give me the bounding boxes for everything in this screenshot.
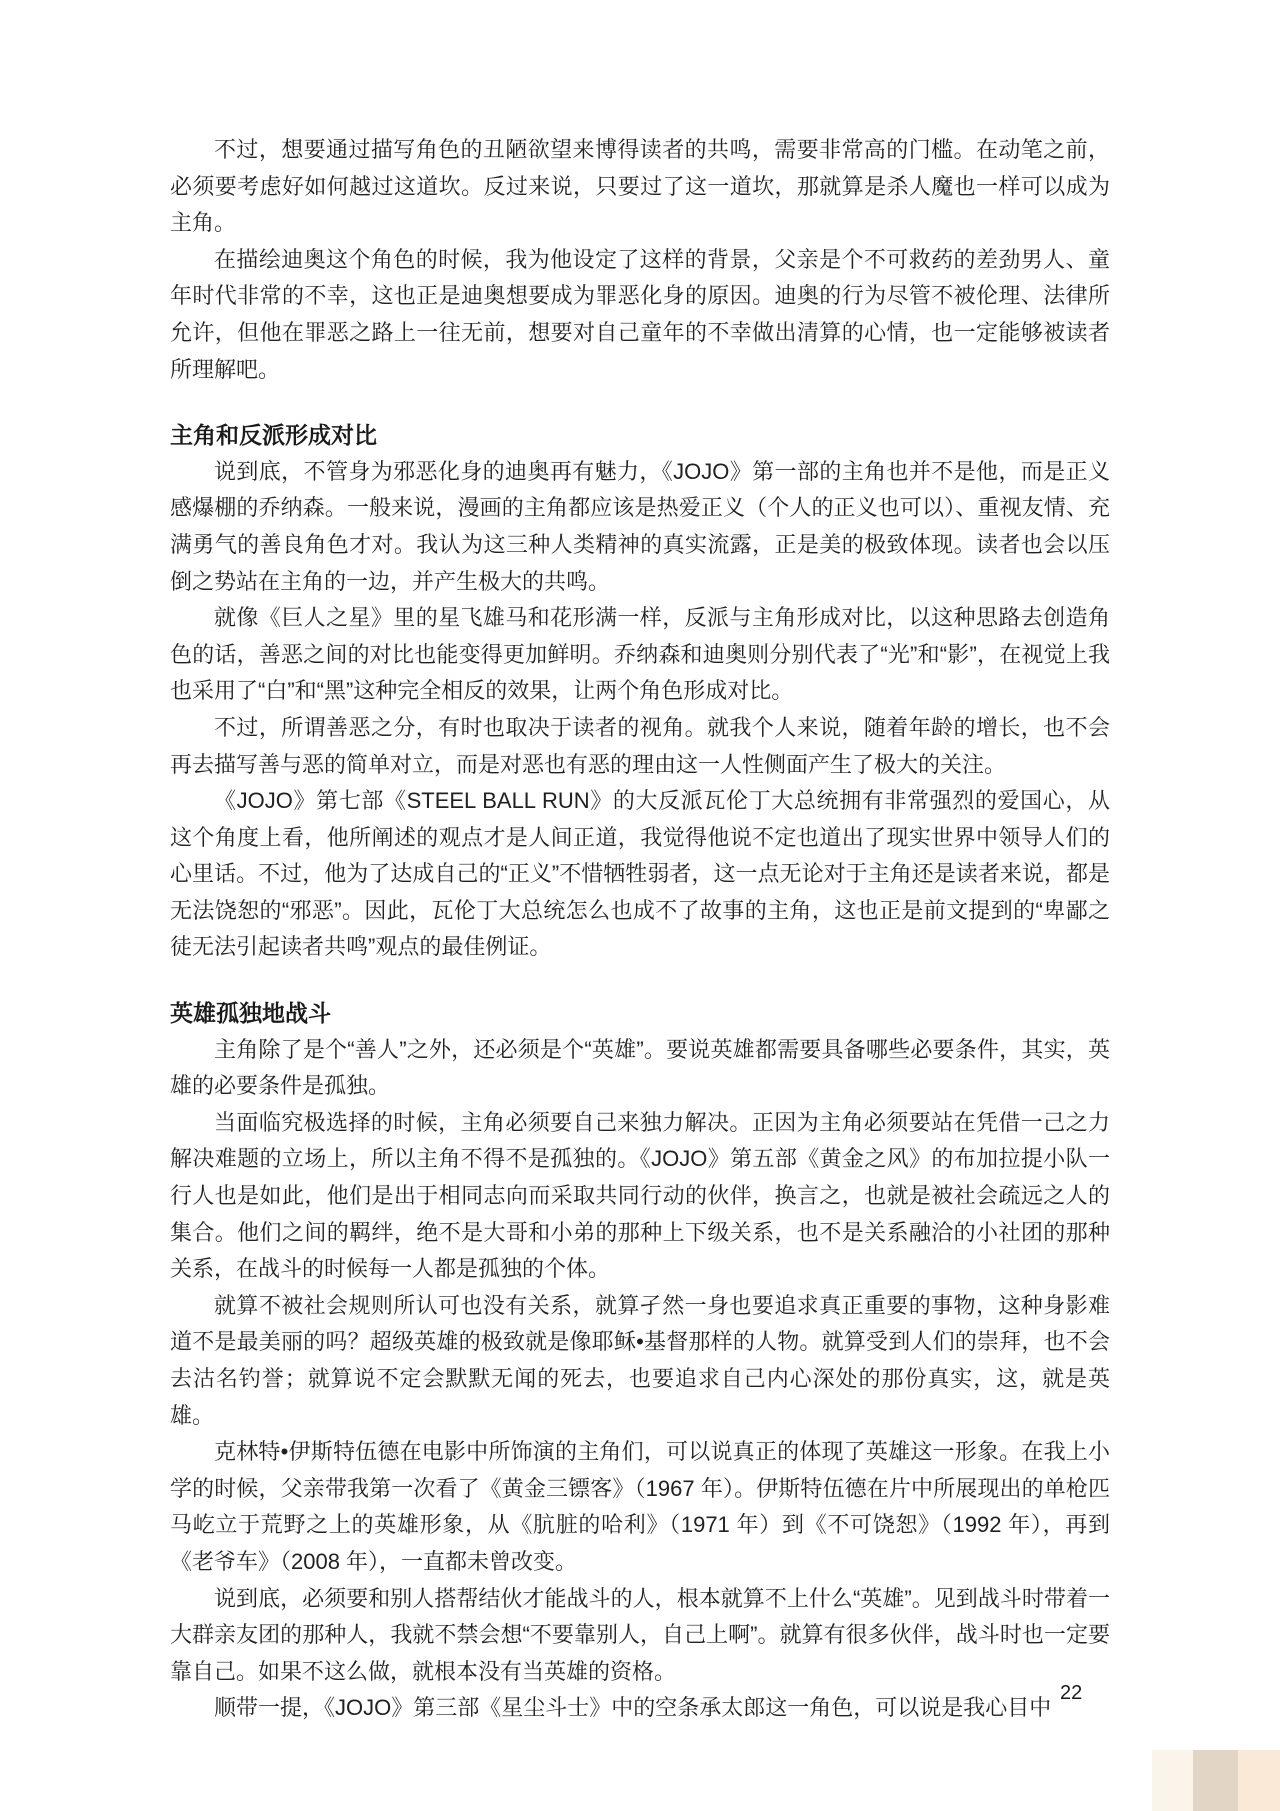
decor-stripe-peach [1238, 1750, 1280, 1811]
book-page: 不过，想要通过描写角色的丑陋欲望来博得读者的共鸣，需要非常高的门槛。在动笔之前，… [0, 0, 1280, 1811]
intro-paragraph-2: 在描绘迪奥这个角色的时候，我为他设定了这样的背景，父亲是个不可救药的差劲男人、童… [170, 242, 1110, 388]
text-column: 不过，想要通过描写角色的丑陋欲望来博得读者的共鸣，需要非常高的门槛。在动笔之前，… [170, 132, 1110, 1727]
corner-decoration [1152, 1750, 1280, 1811]
decor-stripe-tan [1193, 1750, 1238, 1811]
section1-paragraph-2: 就像《巨人之星》里的星飞雄马和花形满一样，反派与主角形成对比，以这种思路去创造角… [170, 600, 1110, 710]
section2-paragraph-4: 克林特•伊斯特伍德在电影中所饰演的主角们，可以说真正的体现了英雄这一形象。在我上… [170, 1434, 1110, 1580]
section2-paragraph-3: 就算不被社会规则所认可也没有关系，就算孑然一身也要追求真正重要的事物，这种身影难… [170, 1288, 1110, 1434]
decor-stripe-cream [1152, 1750, 1193, 1811]
section1-paragraph-3: 不过，所谓善恶之分，有时也取决于读者的视角。就我个人来说，随着年龄的增长，也不会… [170, 710, 1110, 783]
section1-paragraph-4: 《JOJO》第七部《STEEL BALL RUN》的大反派瓦伦丁大总统拥有非常强… [170, 783, 1110, 966]
section2-paragraph-2: 当面临究极选择的时候，主角必须要自己来独力解决。正因为主角必须要站在凭借一己之力… [170, 1105, 1110, 1288]
section2-paragraph-1: 主角除了是个“善人”之外，还必须是个“英雄”。要说英雄都需要具备哪些必要条件，其… [170, 1032, 1110, 1105]
page-number: 22 [1060, 1681, 1100, 1705]
section-heading-protagonist-vs-villain: 主角和反派形成对比 [170, 417, 1110, 454]
intro-paragraph-1: 不过，想要通过描写角色的丑陋欲望来博得读者的共鸣，需要非常高的门槛。在动笔之前，… [170, 132, 1110, 242]
section2-paragraph-6: 顺带一提，《JOJO》第三部《星尘斗士》中的空条承太郎这一角色，可以说是我心目中 [170, 1690, 1110, 1727]
section1-paragraph-1: 说到底，不管身为邪恶化身的迪奥再有魅力，《JOJO》第一部的主角也并不是他，而是… [170, 454, 1110, 600]
section2-paragraph-5: 说到底，必须要和别人搭帮结伙才能战斗的人，根本就算不上什么“英雄”。见到战斗时带… [170, 1581, 1110, 1691]
section-heading-hero-fights-alone: 英雄孤独地战斗 [170, 995, 1110, 1032]
